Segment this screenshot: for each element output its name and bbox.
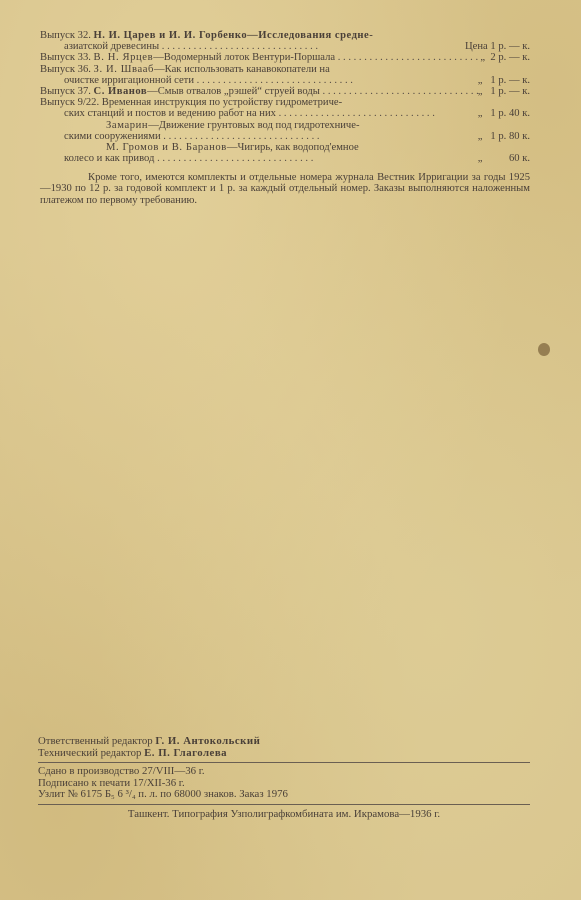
leader-dots: . . . . . . . . . . . . . . . . . . . . … [197, 75, 353, 86]
price-prefix: „ [480, 52, 485, 63]
catalog-entry-gromov-line1: М. Громов и В. Баранов—Чигирь, как водоп… [40, 142, 530, 153]
catalog-entry-zamarin-line2: скими сооружениями . . . . . . . . . . .… [40, 131, 530, 142]
catalog-entry-9-22-line1: Выпуск 9/22. Временная инструкция по уст… [40, 97, 530, 108]
leader-dots: . . . . . . . . . . . . . . . . . . . . … [338, 52, 481, 63]
catalog-entry-9-22-line2: ских станций и постов и ведению работ на… [40, 108, 530, 119]
catalog-entry-32-line1: Выпуск 32. Н. И. Царев и И. И. Горбенко—… [40, 30, 530, 41]
catalog-entry-33: Выпуск 33. В. Н. Ярцев—Водомерный лоток … [40, 52, 530, 63]
catalog-entry-37: Выпуск 37. С. Иванов—Смыв отвалов „рэшей… [40, 86, 530, 97]
entry-authors: Замарин [106, 120, 148, 131]
entry-authors: С. Иванов [94, 86, 148, 97]
leader-dots: . . . . . . . . . . . . . . . . . . . . … [162, 41, 318, 52]
entry-title: —Смыв отвалов „рэшей“ струей воды [147, 86, 320, 97]
catalog-entry-32-line2: азиатской древесины . . . . . . . . . . … [40, 41, 530, 52]
entry-authors: М. Громов и В. Баранов [106, 142, 227, 153]
issue-number: Выпуск 33. [40, 52, 91, 63]
journal-note: Кроме того, имеются комплекты и отдельны… [40, 172, 530, 206]
entry-title: —Как использовать канавокопатели на [154, 64, 330, 75]
entry-price: 2 р. — к. [490, 52, 530, 63]
entry-authors: В. Н. Ярцев [94, 52, 154, 63]
publication-credits: Ответственный редактор Г. И. Антокольски… [38, 736, 530, 820]
price-prefix: „ [478, 108, 483, 119]
document-page: Выпуск 32. Н. И. Царев и И. И. Горбенко—… [0, 0, 581, 900]
entry-price: 60 к. [509, 153, 530, 164]
printer-line: Ташкент. Типография Узполиграфкомбината … [38, 809, 530, 821]
price-prefix: „ [478, 153, 483, 164]
entry-price: 1 р. — к. [490, 75, 530, 86]
entry-authors: З. И. Швааб [94, 64, 155, 75]
price-prefix: „ [478, 86, 483, 97]
publication-catalog: Выпуск 32. Н. И. Царев и И. И. Горбенко—… [40, 30, 530, 164]
issue-number: Выпуск 37. [40, 86, 91, 97]
entry-title-cont: очистке ирригационной сети [64, 75, 194, 86]
tech-editor-name: Е. П. Глаголева [144, 747, 227, 759]
entry-title-cont: колесо и как привод [64, 153, 154, 164]
technical-editor: Технический редактор Е. П. Глаголева [38, 748, 530, 760]
entry-title: —Чигирь, как водопод'емное [227, 142, 359, 153]
catalog-entry-36-line2: очистке ирригационной сети . . . . . . .… [40, 75, 530, 86]
entry-price: 1 р. — к. [490, 41, 530, 52]
issue-number: Выпуск 9/22. [40, 97, 99, 108]
journal-note-text: Кроме того, имеются комплекты и отдельны… [40, 172, 530, 206]
tech-editor-label: Технический редактор [38, 747, 141, 759]
imprint-line: Узлит № 6175 Б₅ 6 ³/₄ п. л. по 68000 зна… [38, 789, 530, 801]
price-prefix: Цена [465, 41, 488, 52]
entry-title-cont: скими сооружениями [64, 131, 161, 142]
issue-number: Выпуск 32. [40, 30, 91, 41]
divider [38, 762, 530, 763]
catalog-entry-gromov-line2: колесо и как привод . . . . . . . . . . … [40, 153, 530, 164]
entry-title: Временная инструкция по устройству гидро… [102, 97, 342, 108]
leader-dots: . . . . . . . . . . . . . . . . . . . . … [279, 108, 435, 119]
price-prefix: „ [478, 75, 483, 86]
editor-label: Ответственный редактор [38, 735, 153, 747]
entry-title: —Исследования средне- [247, 30, 373, 41]
catalog-entry-36-line1: Выпуск 36. З. И. Швааб—Как использовать … [40, 64, 530, 75]
editor-name: Г. И. Антокольский [155, 735, 260, 747]
entry-price: 1 р. 80 к. [490, 131, 530, 142]
entry-authors: Н. И. Царев и И. И. Горбенко [94, 30, 248, 41]
paper-stain [538, 343, 550, 356]
divider [38, 804, 530, 805]
catalog-entry-zamarin-line1: Замарин—Движение грунтовых вод под гидро… [40, 120, 530, 131]
entry-price: 1 р. 40 к. [490, 108, 530, 119]
leader-dots: . . . . . . . . . . . . . . . . . . . . … [163, 131, 319, 142]
entry-title: —Водомерный лоток Вентури-Поршала [153, 52, 335, 63]
entry-title-cont: азиатской древесины [64, 41, 159, 52]
leader-dots: . . . . . . . . . . . . . . . . . . . . … [323, 86, 478, 97]
entry-price: 1 р. — к. [490, 86, 530, 97]
issue-number: Выпуск 36. [40, 64, 91, 75]
entry-title: —Движение грунтовых вод под гидротехниче… [148, 120, 359, 131]
price-prefix: „ [478, 131, 483, 142]
leader-dots: . . . . . . . . . . . . . . . . . . . . … [157, 153, 313, 164]
entry-title-cont: ских станций и постов и ведению работ на… [64, 108, 276, 119]
production-date: Сдано в производство 27/VIII—36 г. [38, 766, 530, 778]
